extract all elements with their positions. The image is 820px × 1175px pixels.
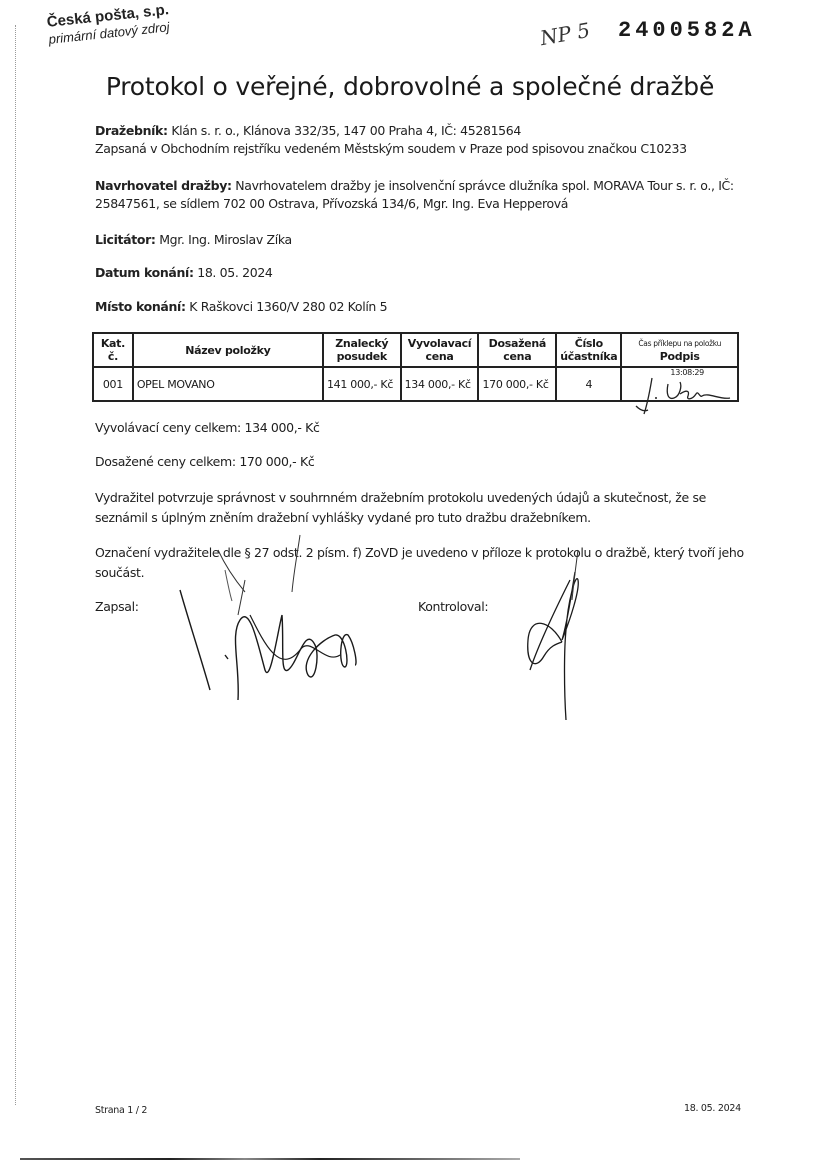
header-podpis: Čas příklepu na položku Podpis: [621, 333, 738, 367]
field-navrhovatel: Navrhovatel dražby: Navrhovatelem dražby…: [95, 177, 745, 213]
header-znalecky: Znalecký posudek: [323, 333, 401, 367]
datum-label: Datum konání:: [95, 265, 194, 280]
header-dosazena-line2: cena: [503, 350, 531, 363]
zapsal-label: Zapsal:: [95, 597, 139, 617]
header-cislo-line2: účastníka: [560, 350, 617, 363]
cell-kat: 001: [93, 367, 133, 401]
header-kat: Kat. č.: [93, 333, 133, 367]
footer-date: 18. 05. 2024: [684, 1103, 741, 1114]
cell-podpis: 13:08:29: [621, 367, 738, 401]
header-nazev: Název položky: [133, 333, 323, 367]
header-cas-priklepu: Čas příklepu na položku: [625, 337, 734, 350]
field-licitator: Licitátor: Mgr. Ing. Miroslav Zíka: [95, 231, 745, 249]
header-dosazena: Dosažená cena: [478, 333, 556, 367]
misto-label: Místo konání:: [95, 299, 186, 314]
cell-nazev: OPEL MOVANO: [133, 367, 323, 401]
footer-divider: [20, 1158, 520, 1160]
licitator-value: Mgr. Ing. Miroslav Zíka: [159, 232, 292, 247]
table-header-row: Kat. č. Název položky Znalecký posudek V…: [93, 333, 738, 367]
header-podpis-label: Podpis: [660, 350, 700, 363]
licitator-label: Licitátor:: [95, 232, 156, 247]
header-znalecky-line1: Znalecký: [335, 337, 388, 350]
header-vyvolavaci-line2: cena: [426, 350, 454, 363]
drazebnik-label: Dražebník:: [95, 123, 168, 138]
header-dosazena-line1: Dosažená: [489, 337, 546, 350]
field-datum: Datum konání: 18. 05. 2024: [95, 264, 745, 282]
total-vyvolavaci: Vyvolávací ceny celkem: 134 000,- Kč: [95, 418, 745, 438]
table-row: 001 OPEL MOVANO 141 000,- Kč 134 000,- K…: [93, 367, 738, 401]
header-cislo: Číslo účastníka: [556, 333, 621, 367]
header-znalecky-line2: posudek: [337, 350, 387, 363]
handwritten-code: NP 5: [538, 18, 591, 50]
field-misto: Místo konání: K Raškovci 1360/V 280 02 K…: [95, 298, 745, 316]
table-signature-icon: [630, 370, 740, 410]
annotation-strokes-icon: [200, 520, 800, 600]
cell-cislo: 4: [556, 367, 621, 401]
scan-edge: [15, 25, 17, 1105]
cell-dosazena: 170 000,- Kč: [478, 367, 556, 401]
items-table: Kat. č. Název položky Znalecký posudek V…: [92, 332, 739, 402]
datum-value: 18. 05. 2024: [197, 265, 272, 280]
header-cislo-line1: Číslo: [575, 337, 603, 350]
navrhovatel-label: Navrhovatel dražby:: [95, 178, 232, 193]
header-vyvolavaci: Vyvolavací cena: [401, 333, 479, 367]
document-number: 2400582A: [618, 18, 756, 43]
footer-page: Strana 1 / 2: [95, 1105, 147, 1116]
cell-vyvolavaci: 134 000,- Kč: [401, 367, 479, 401]
field-drazebnik: Dražebník: Klán s. r. o., Klánova 332/35…: [95, 122, 745, 158]
drazebnik-value: Klán s. r. o., Klánova 332/35, 147 00 Pr…: [171, 123, 521, 138]
drazebnik-note: Zapsaná v Obchodním rejstříku vedeném Mě…: [95, 141, 687, 156]
postal-stamp: Česká pošta, s.p. primární datový zdroj: [46, 1, 171, 47]
cell-znalecky: 141 000,- Kč: [323, 367, 401, 401]
total-dosazene: Dosažené ceny celkem: 170 000,- Kč: [95, 452, 745, 472]
document-title: Protokol o veřejné, dobrovolné a společn…: [0, 72, 820, 101]
misto-value: K Raškovci 1360/V 280 02 Kolín 5: [189, 299, 387, 314]
header-vyvolavaci-line1: Vyvolavací: [408, 337, 472, 350]
